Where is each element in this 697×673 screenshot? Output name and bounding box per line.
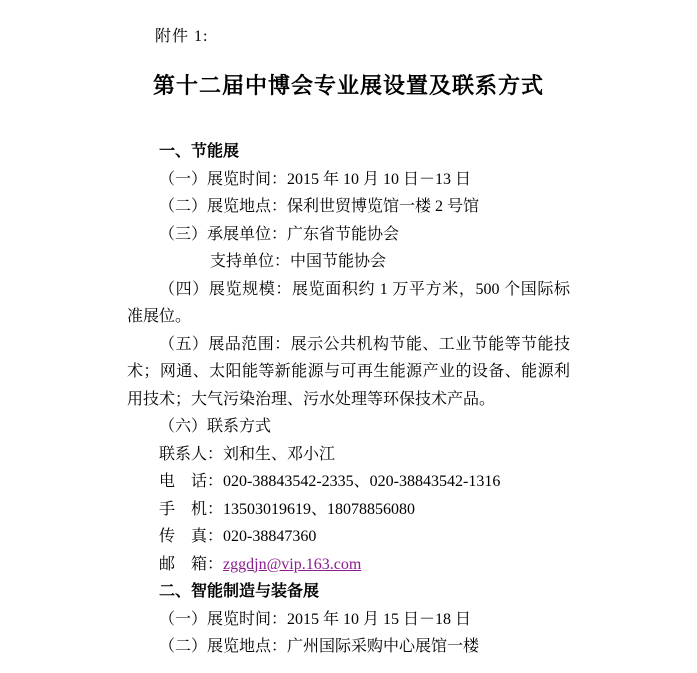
section-1-email-line: 邮 箱：zggdjn@vip.163.com — [127, 551, 570, 579]
email-link[interactable]: zggdjn@vip.163.com — [223, 556, 361, 573]
section-1-exhibition-scale: （四）展览规模：展览面积约 1 万平方米，500 个国际标准展位。 — [127, 276, 570, 331]
section-1-supporting-unit: 支持单位：中国节能协会 — [127, 248, 570, 276]
email-label: 邮 箱： — [159, 556, 223, 573]
section-1-fax: 传 真：020-38847360 — [127, 523, 570, 551]
section-2-heading: 二、智能制造与装备展 — [127, 578, 570, 606]
section-1-organizer: （三）承展单位：广东省节能协会 — [127, 221, 570, 249]
section-1-contact-heading: （六）联系方式 — [127, 413, 570, 441]
section-1-exhibition-venue: （二）展览地点：保利世贸博览馆一楼 2 号馆 — [127, 193, 570, 221]
section-1-telephone: 电 话：020-38843542-2335、020-38843542-1316 — [127, 468, 570, 496]
document-body: 一、节能展 （一）展览时间：2015 年 10 月 10 日－13 日 （二）展… — [127, 138, 570, 661]
section-2-exhibition-time: （一）展览时间：2015 年 10 月 15 日－18 日 — [127, 606, 570, 634]
page-title: 第十二届中博会专业展设置及联系方式 — [127, 71, 570, 101]
section-1-heading: 一、节能展 — [127, 138, 570, 166]
section-1-mobile: 手 机：13503019619、18078856080 — [127, 496, 570, 524]
attachment-label: 附件 1: — [127, 27, 570, 47]
section-1-exhibition-time: （一）展览时间：2015 年 10 月 10 日－13 日 — [127, 166, 570, 194]
document-page: 附件 1: 第十二届中博会专业展设置及联系方式 一、节能展 （一）展览时间：20… — [0, 0, 697, 673]
section-1-contact-persons: 联系人：刘和生、邓小江 — [127, 441, 570, 469]
section-1-exhibit-scope: （五）展品范围：展示公共机构节能、工业节能等节能技术；网通、太阳能等新能源与可再… — [127, 331, 570, 414]
section-2-exhibition-venue: （二）展览地点：广州国际采购中心展馆一楼 — [127, 633, 570, 661]
